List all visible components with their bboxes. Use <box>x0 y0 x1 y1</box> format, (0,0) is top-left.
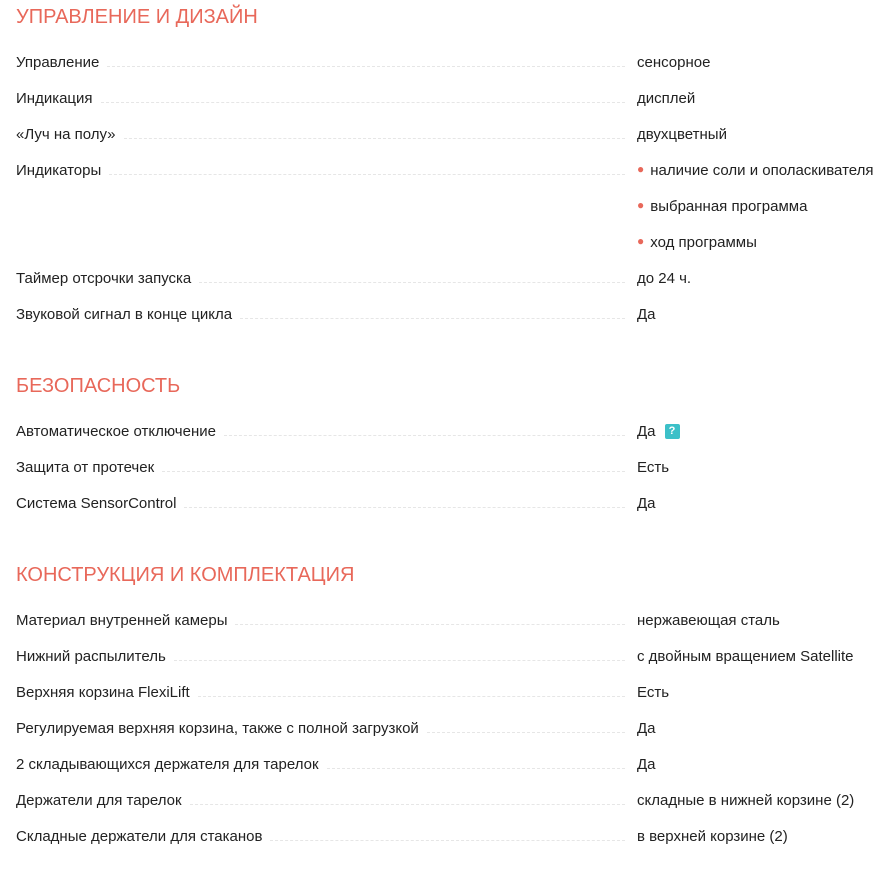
spec-row: Защита от протечек Есть <box>16 457 680 493</box>
spec-value: двухцветный <box>637 124 727 145</box>
leader-line <box>107 52 625 67</box>
spec-value: Да <box>637 493 656 514</box>
spec-value: наличие соли и ополаскивателя <box>650 160 873 181</box>
section-safety: БЕЗОПАСНОСТЬ Автоматическое отключение Д… <box>16 371 680 529</box>
leader-line <box>184 493 625 508</box>
spec-row: Автоматическое отключение Да? <box>16 421 680 457</box>
leader-line <box>235 610 625 625</box>
section-controls-design: УПРАВЛЕНИЕ И ДИЗАЙН Управление сенсорное… <box>16 2 874 340</box>
spec-value: до 24 ч. <box>637 268 691 289</box>
help-icon[interactable]: ? <box>665 424 680 439</box>
spec-label: Держатели для тарелок <box>16 790 190 811</box>
spec-value: складные в нижней корзине (2) <box>637 790 854 811</box>
spec-label: Звуковой сигнал в конце цикла <box>16 304 240 325</box>
leader-line <box>224 421 625 436</box>
spec-label: 2 складывающихся держателя для тарелок <box>16 754 327 775</box>
spec-label: Нижний распылитель <box>16 646 174 667</box>
spec-row: Звуковой сигнал в конце цикла Да <box>16 304 874 340</box>
leader-line <box>190 790 625 805</box>
spec-row: Складные держатели для стаканов в верхне… <box>16 826 854 862</box>
spec-value: с двойным вращением Satellite <box>637 646 854 667</box>
spec-value: выбранная программа <box>650 196 807 217</box>
spec-value: дисплей <box>637 88 695 109</box>
section-construction: КОНСТРУКЦИЯ И КОМПЛЕКТАЦИЯ Материал внут… <box>16 560 854 862</box>
spec-row: ●выбранная программа <box>16 196 874 232</box>
spec-row: Материал внутренней камеры нержавеющая с… <box>16 610 854 646</box>
leader-line <box>427 718 625 733</box>
spec-label: Управление <box>16 52 107 73</box>
leader-line <box>124 124 625 139</box>
spec-row: Регулируемая верхняя корзина, также с по… <box>16 718 854 754</box>
spec-row: Нижний распылитель с двойным вращением S… <box>16 646 854 682</box>
leader-line <box>199 268 625 283</box>
spec-label: Верхняя корзина FlexiLift <box>16 682 198 703</box>
leader-line <box>270 826 625 841</box>
spec-row: Управление сенсорное <box>16 52 874 88</box>
leader-line <box>109 160 625 175</box>
bullet-icon: ● <box>637 231 644 252</box>
leader-line <box>174 646 625 661</box>
spec-value: ход программы <box>650 232 757 253</box>
leader-line <box>240 304 625 319</box>
spec-label: Защита от протечек <box>16 457 162 478</box>
spec-row: Верхняя корзина FlexiLift Есть <box>16 682 854 718</box>
spec-value: Да <box>637 304 656 325</box>
spec-row: ●ход программы <box>16 232 874 268</box>
spec-label: «Луч на полу» <box>16 124 124 145</box>
leader-line <box>101 88 625 103</box>
bullet-icon: ● <box>637 159 644 180</box>
spec-row: «Луч на полу» двухцветный <box>16 124 874 160</box>
spec-label: Индикаторы <box>16 160 109 181</box>
bullet-icon: ● <box>637 195 644 216</box>
spec-row: 2 складывающихся держателя для тарелок Д… <box>16 754 854 790</box>
spec-row: Держатели для тарелок складные в нижней … <box>16 790 854 826</box>
spec-value: Да <box>637 421 656 442</box>
leader-line <box>162 457 625 472</box>
spec-label: Складные держатели для стаканов <box>16 826 270 847</box>
spec-value: в верхней корзине (2) <box>637 826 788 847</box>
section-title: КОНСТРУКЦИЯ И КОМПЛЕКТАЦИЯ <box>16 560 854 590</box>
spec-value: Есть <box>637 682 669 703</box>
spec-value: Да <box>637 718 656 739</box>
leader-line <box>198 682 625 697</box>
spec-row: Индикация дисплей <box>16 88 874 124</box>
spec-label: Индикация <box>16 88 101 109</box>
section-title: УПРАВЛЕНИЕ И ДИЗАЙН <box>16 2 874 32</box>
spec-value: нержавеющая сталь <box>637 610 780 631</box>
spec-label: Автоматическое отключение <box>16 421 224 442</box>
leader-line <box>327 754 625 769</box>
spec-label: Таймер отсрочки запуска <box>16 268 199 289</box>
spec-value: Да <box>637 754 656 775</box>
spec-value: Есть <box>637 457 669 478</box>
spec-label: Материал внутренней камеры <box>16 610 235 631</box>
section-title: БЕЗОПАСНОСТЬ <box>16 371 680 401</box>
spec-label: Регулируемая верхняя корзина, также с по… <box>16 718 427 739</box>
spec-value: сенсорное <box>637 52 710 73</box>
spec-row: Таймер отсрочки запуска до 24 ч. <box>16 268 874 304</box>
spec-row: Система SensorControl Да <box>16 493 680 529</box>
spec-row: Индикаторы ●наличие соли и ополаскивател… <box>16 160 874 196</box>
spec-label: Система SensorControl <box>16 493 184 514</box>
